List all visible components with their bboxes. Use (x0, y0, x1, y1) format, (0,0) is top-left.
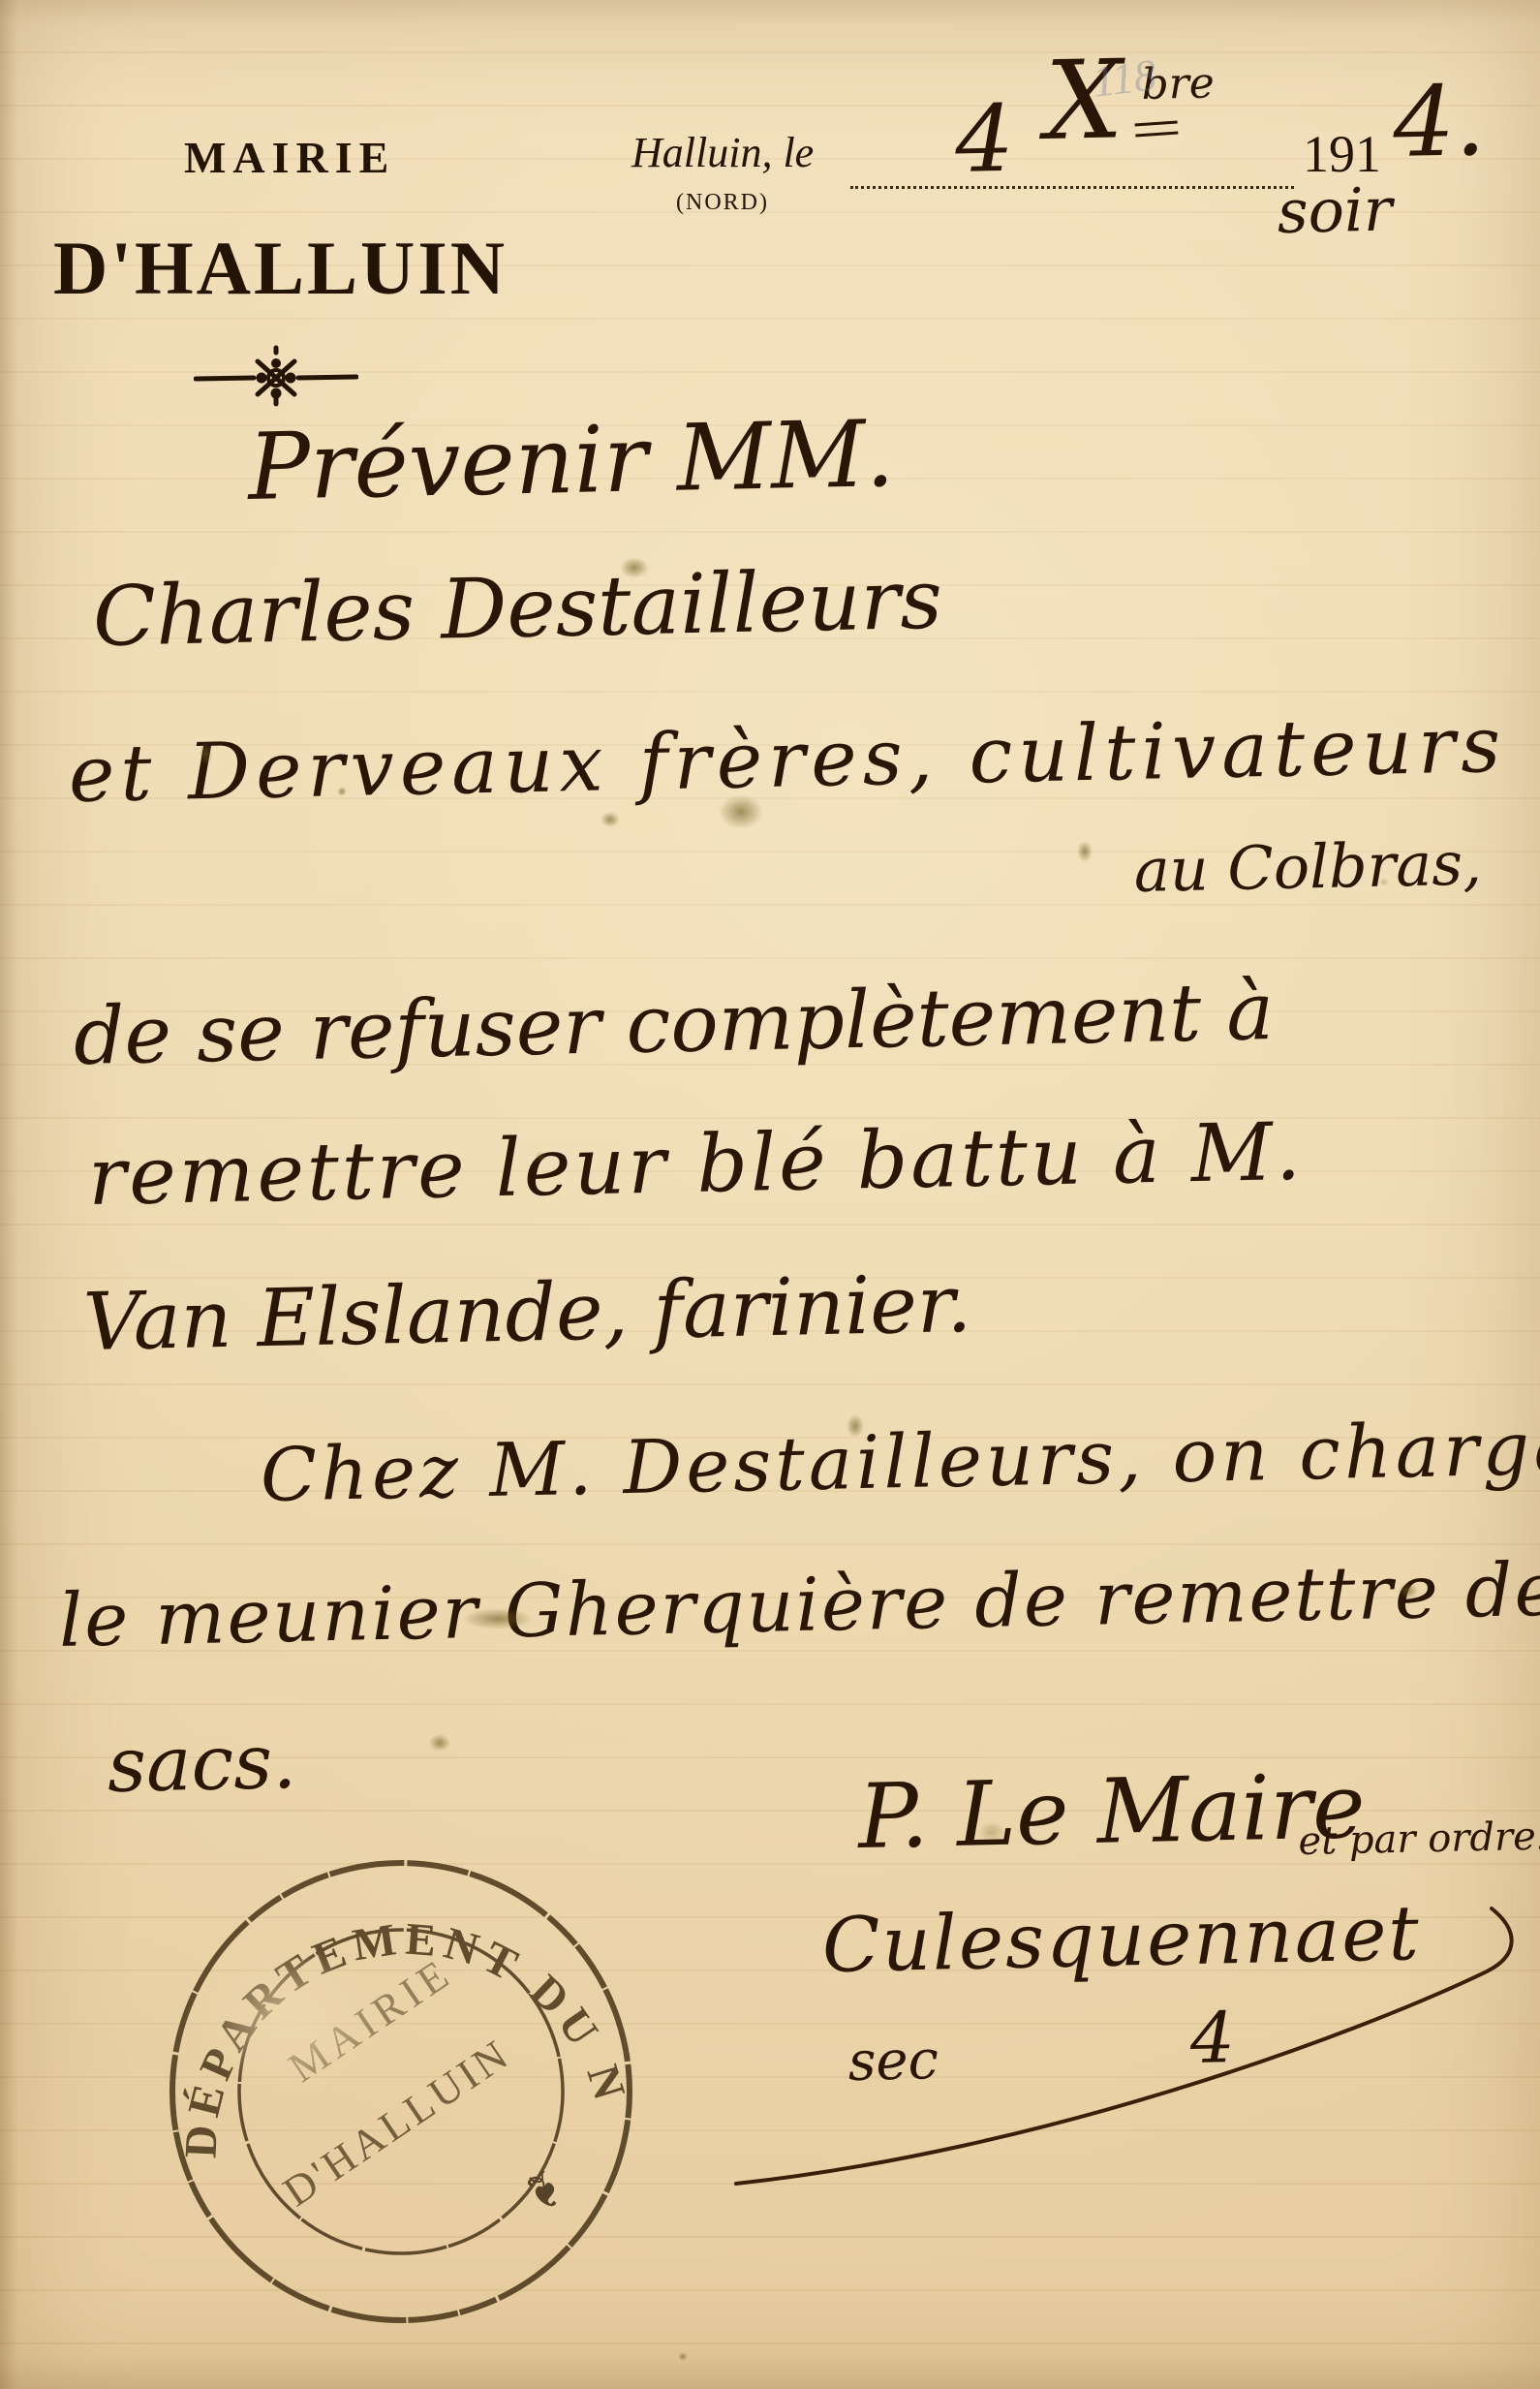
stamp-fade-patch (199, 1947, 383, 2093)
body-line: Prévenir MM. (247, 401, 896, 521)
ink-stain (1379, 878, 1389, 886)
ink-stain (337, 787, 347, 796)
body-line: et Derveaux frères, cultivateurs (68, 699, 1507, 820)
body-line: de se refuser complètement à (73, 966, 1275, 1083)
ink-stain (601, 812, 620, 827)
document-page: MAIRIE D'HALLUIN Halluin, le (NORD) 4 X … (0, 0, 1540, 2389)
ink-stain (1077, 841, 1093, 862)
pencil-annotation: 118 (1090, 48, 1159, 108)
letterhead-place: D'HALLUIN (53, 225, 508, 312)
ink-stain (535, 1151, 546, 1163)
letterhead-org: MAIRIE (184, 132, 395, 183)
official-stamp: DÉPARTEMENT DU NORD MAIRIE D'HALLUIN ❧ (158, 1853, 644, 2330)
body-line: au Colbras, (1133, 827, 1482, 906)
body-line: remettre leur blé battu à M. (87, 1106, 1305, 1224)
signature-order-note: et par ordre: (1298, 1815, 1540, 1864)
ink-stain (200, 742, 212, 765)
ink-stain (1399, 1583, 1418, 1598)
body-line: le meunier Gherquière de remettre des (58, 1545, 1540, 1663)
date-day-handwritten: 4 (954, 86, 1015, 194)
ink-stain (847, 1414, 864, 1438)
star-ornament-icon (194, 344, 358, 412)
ink-stain (719, 794, 763, 829)
date-year-digit-handwritten: 4. (1392, 64, 1487, 179)
ink-stain (678, 2352, 688, 2361)
dateline-place: Halluin, le (631, 128, 814, 177)
body-line: Van Elslande, farinier. (82, 1258, 972, 1369)
ink-stain (620, 557, 649, 578)
date-time-handwritten: soir (1277, 174, 1393, 247)
body-line: sacs. (107, 1719, 297, 1810)
ink-stain (463, 1608, 533, 1629)
dateline-department: (NORD) (676, 190, 769, 216)
stamp-ornament-leaf-icon: ❧ (506, 2155, 581, 2227)
ink-stain (978, 1821, 1005, 1843)
signature-role: P. Le Maire (857, 1754, 1367, 1869)
signature-flourish (722, 1891, 1521, 2191)
ink-stain (429, 1734, 450, 1752)
body-line: Charles Destailleurs (92, 552, 943, 666)
body-line: Chez M. Destailleurs, on chargera (260, 1403, 1540, 1518)
